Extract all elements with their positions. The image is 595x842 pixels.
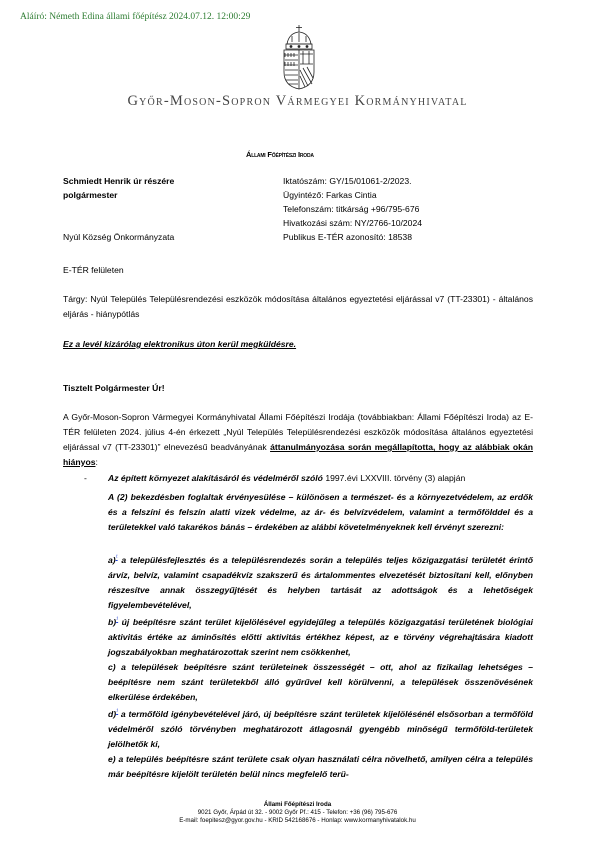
law-item: a)¹ a településfejlesztés és a település… bbox=[108, 551, 533, 613]
law-reference: Az épített környezet alakításáról és véd… bbox=[108, 472, 465, 484]
organization-name: Győr-Moson-Sopron Vármegyei Kormányhivat… bbox=[0, 93, 595, 110]
reference-block: Iktatószám: GY/15/01061-2/2023. Ügyintéz… bbox=[283, 174, 422, 244]
reference-ref-number: Hivatkozási szám: NY/2766-10/2024 bbox=[283, 216, 422, 230]
footer-office: Állami Főépítészi Iroda bbox=[0, 801, 595, 809]
delivery-channel: E-TÉR felületen bbox=[63, 264, 124, 276]
law-bullet: - bbox=[84, 472, 87, 484]
page-footer: Állami Főépítészi Iroda 9021 Győr, Árpád… bbox=[0, 801, 595, 825]
subject-line: Tárgy: Nyúl Település Településrendezési… bbox=[63, 292, 533, 322]
salutation: Tisztelt Polgármester Úr! bbox=[63, 382, 165, 394]
law-reference-number: 1997.évi LXXVIII. törvény (3) alapján bbox=[325, 473, 465, 483]
recipient-name: Schmiedt Henrik úr részére bbox=[63, 174, 174, 188]
law-item: e) a település beépítésre szánt területe… bbox=[108, 752, 533, 782]
recipient-title: polgármester bbox=[63, 188, 174, 202]
law-item: b)¹ új beépítésre szánt terület kijelölé… bbox=[108, 613, 533, 660]
footer-contact: E-mail: foepitesz@gyor.gov.hu - KRID 542… bbox=[0, 817, 595, 825]
hungarian-coat-of-arms-icon bbox=[281, 24, 317, 90]
law-paragraph: A (2) bekezdésben foglaltak érvényesülés… bbox=[108, 490, 533, 535]
recipient-institution: Nyúl Község Önkormányzata bbox=[63, 230, 174, 244]
office-name: Állami Főépítészi Iroda bbox=[246, 150, 314, 159]
reference-case-officer: Ügyintéző: Farkas Cintia bbox=[283, 188, 422, 202]
footer-address: 9021 Győr, Árpád út 32. - 9002 Győr Pf.:… bbox=[0, 809, 595, 817]
reference-eter-id: Publikus E-TÉR azonosító: 18538 bbox=[283, 230, 422, 244]
recipient-block: Schmiedt Henrik úr részére polgármester … bbox=[63, 174, 174, 244]
intro-paragraph: A Győr-Moson-Sopron Vármegyei Kormányhiv… bbox=[63, 410, 533, 470]
law-item-list: a)¹ a településfejlesztés és a település… bbox=[108, 551, 533, 782]
reference-phone: Telefonszám: titkárság +96/795-676 bbox=[283, 202, 422, 216]
reference-filing-number: Iktatószám: GY/15/01061-2/2023. bbox=[283, 174, 422, 188]
digital-signature-stamp: Aláíró: Németh Edina állami főépítész 20… bbox=[20, 12, 250, 22]
law-reference-title: Az épített környezet alakításáról és véd… bbox=[108, 473, 325, 483]
law-item: d)¹ a termőföld igénybevételével járó, ú… bbox=[108, 705, 533, 752]
intro-tail: : bbox=[95, 457, 97, 467]
law-item: c) a települések beépítésre szánt terüle… bbox=[108, 660, 533, 705]
electronic-delivery-notice: Ez a levél kizárólag elektronikus úton k… bbox=[63, 338, 296, 350]
